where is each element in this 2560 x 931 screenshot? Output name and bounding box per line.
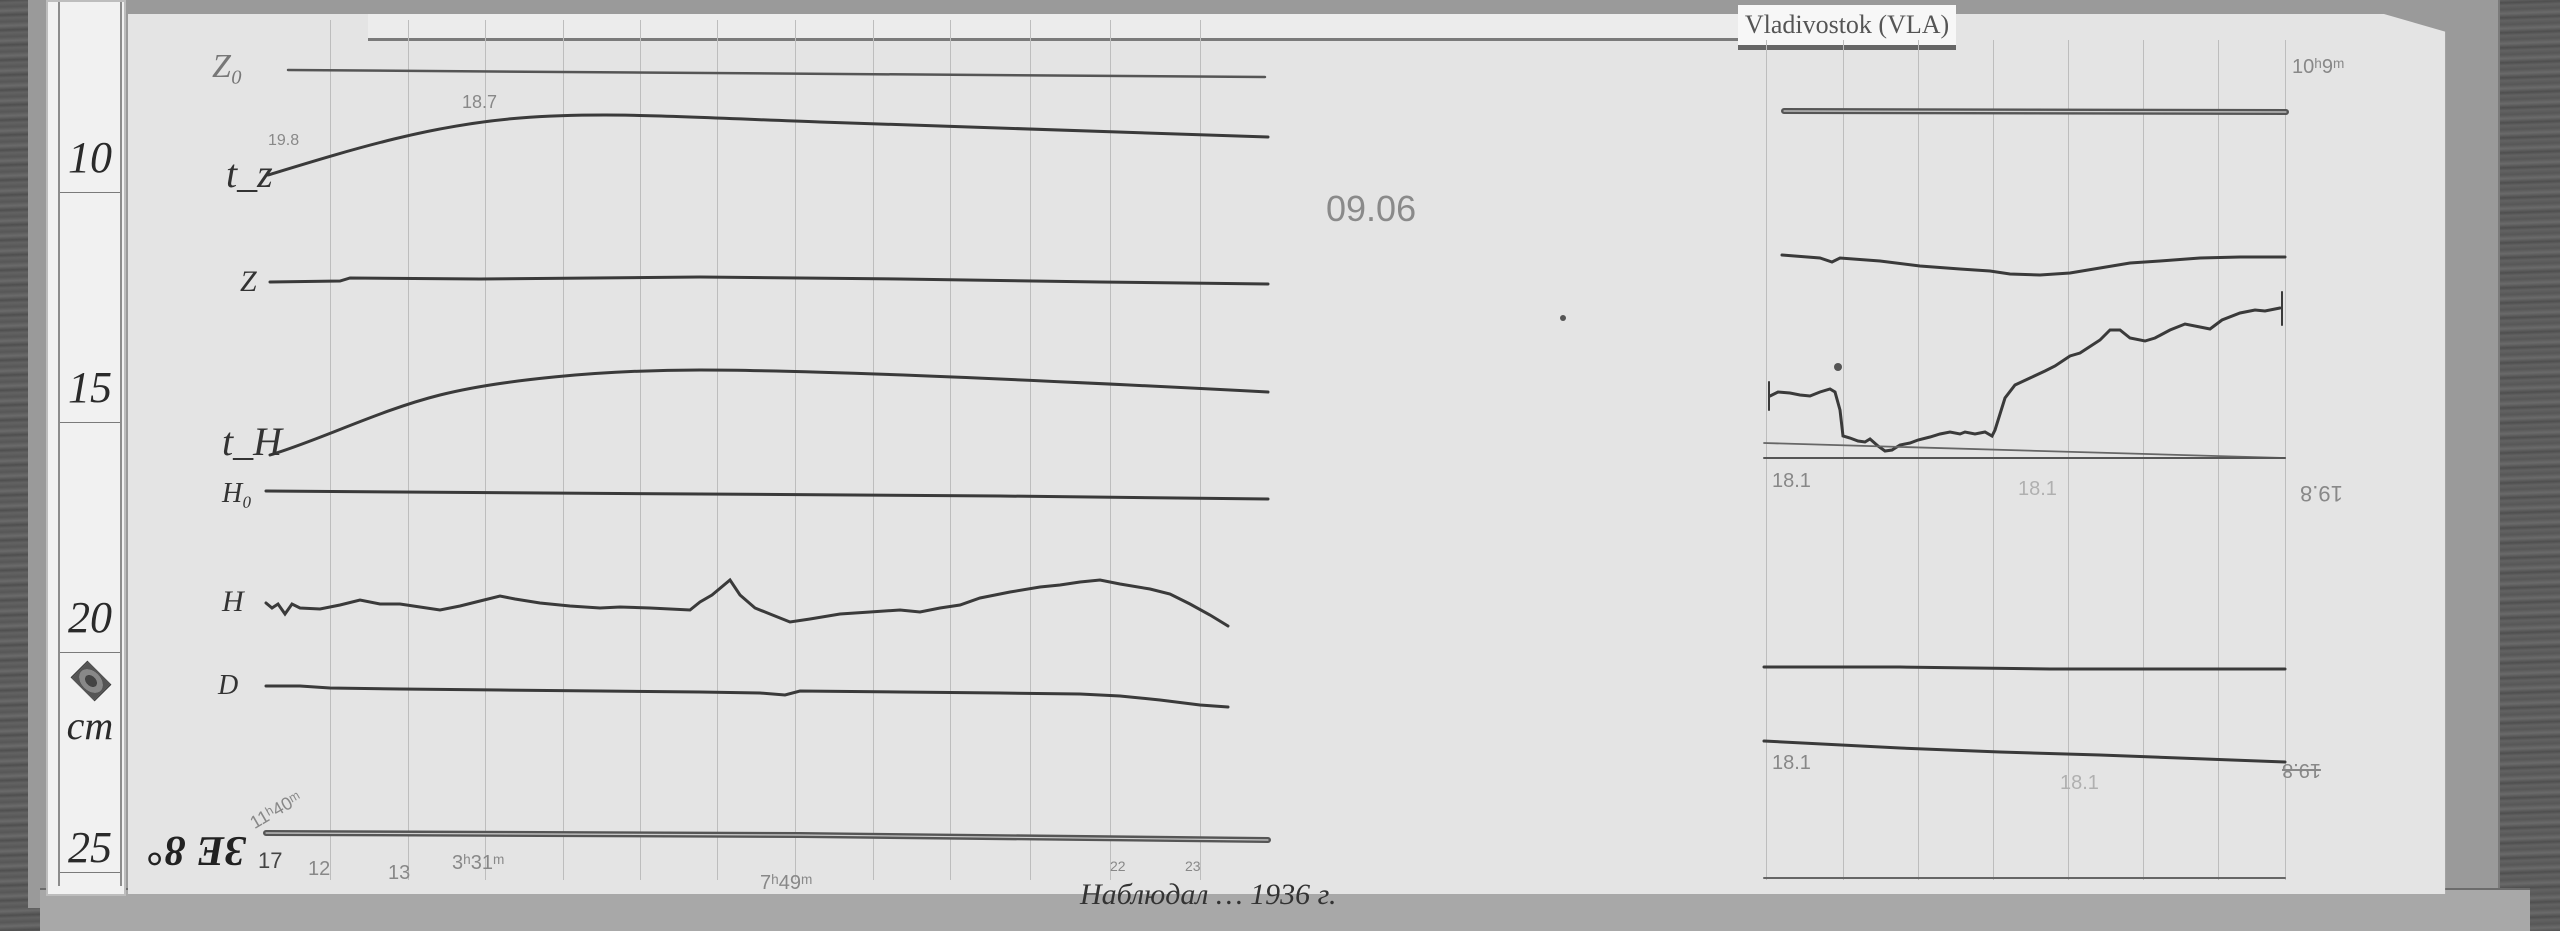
note-top-right: 10ʰ9ᵐ bbox=[2292, 56, 2345, 79]
trace-d bbox=[266, 686, 1228, 707]
note-h-mid: 18.1 bbox=[2018, 478, 2057, 501]
note-h-end: 19.8 bbox=[2300, 480, 2343, 506]
label-d: D bbox=[218, 670, 238, 702]
tick-label-12: 12 bbox=[308, 858, 330, 881]
trace-h0-baseline bbox=[266, 491, 1268, 499]
tick-label-22: 22 bbox=[1110, 858, 1126, 874]
date-note: 09.06 bbox=[1326, 188, 1416, 230]
tick-label-749: 7ʰ49ᵐ bbox=[760, 872, 813, 895]
label-tz: t_z bbox=[226, 150, 273, 197]
trace-right-d bbox=[1764, 741, 2285, 762]
label-h0: H₀ bbox=[222, 478, 252, 510]
tick-label-331: 3ʰ31ᵐ bbox=[452, 852, 505, 875]
trace-right-d-baseline bbox=[1764, 667, 2285, 669]
label-h: H bbox=[222, 585, 244, 619]
note-bottom-left: 17 bbox=[258, 848, 282, 874]
note-d-end: 19.8 bbox=[2282, 758, 2321, 781]
note-tz-mid: 18.7 bbox=[462, 92, 497, 113]
label-z0: Z₀ bbox=[212, 48, 243, 86]
note-h-start: 18.1 bbox=[1772, 470, 1811, 493]
magnetogram-traces bbox=[0, 0, 2560, 931]
label-th: t_H bbox=[222, 418, 282, 465]
trace-right-baseline-1 bbox=[1764, 443, 2285, 458]
note-d-mid: 18.1 bbox=[2060, 772, 2099, 795]
tick-label-23: 23 bbox=[1185, 858, 1201, 874]
tick-label-13: 13 bbox=[388, 862, 410, 885]
note-d-start: 18.1 bbox=[1772, 752, 1811, 775]
trace-h bbox=[266, 580, 1228, 626]
signature-line: Наблюдал … 1936 г. bbox=[1080, 878, 1336, 912]
trace-right-z bbox=[1782, 255, 2285, 275]
trace-z0-baseline bbox=[288, 70, 1265, 77]
trace-right-h bbox=[1770, 308, 2280, 451]
label-z: Z bbox=[240, 265, 257, 299]
trace-z bbox=[270, 277, 1268, 284]
note-tz-start: 19.8 bbox=[268, 132, 299, 150]
trace-tz bbox=[268, 115, 1268, 175]
trace-th bbox=[270, 370, 1268, 455]
note-bottom-ref: ЗЕ 8° bbox=[148, 826, 246, 874]
